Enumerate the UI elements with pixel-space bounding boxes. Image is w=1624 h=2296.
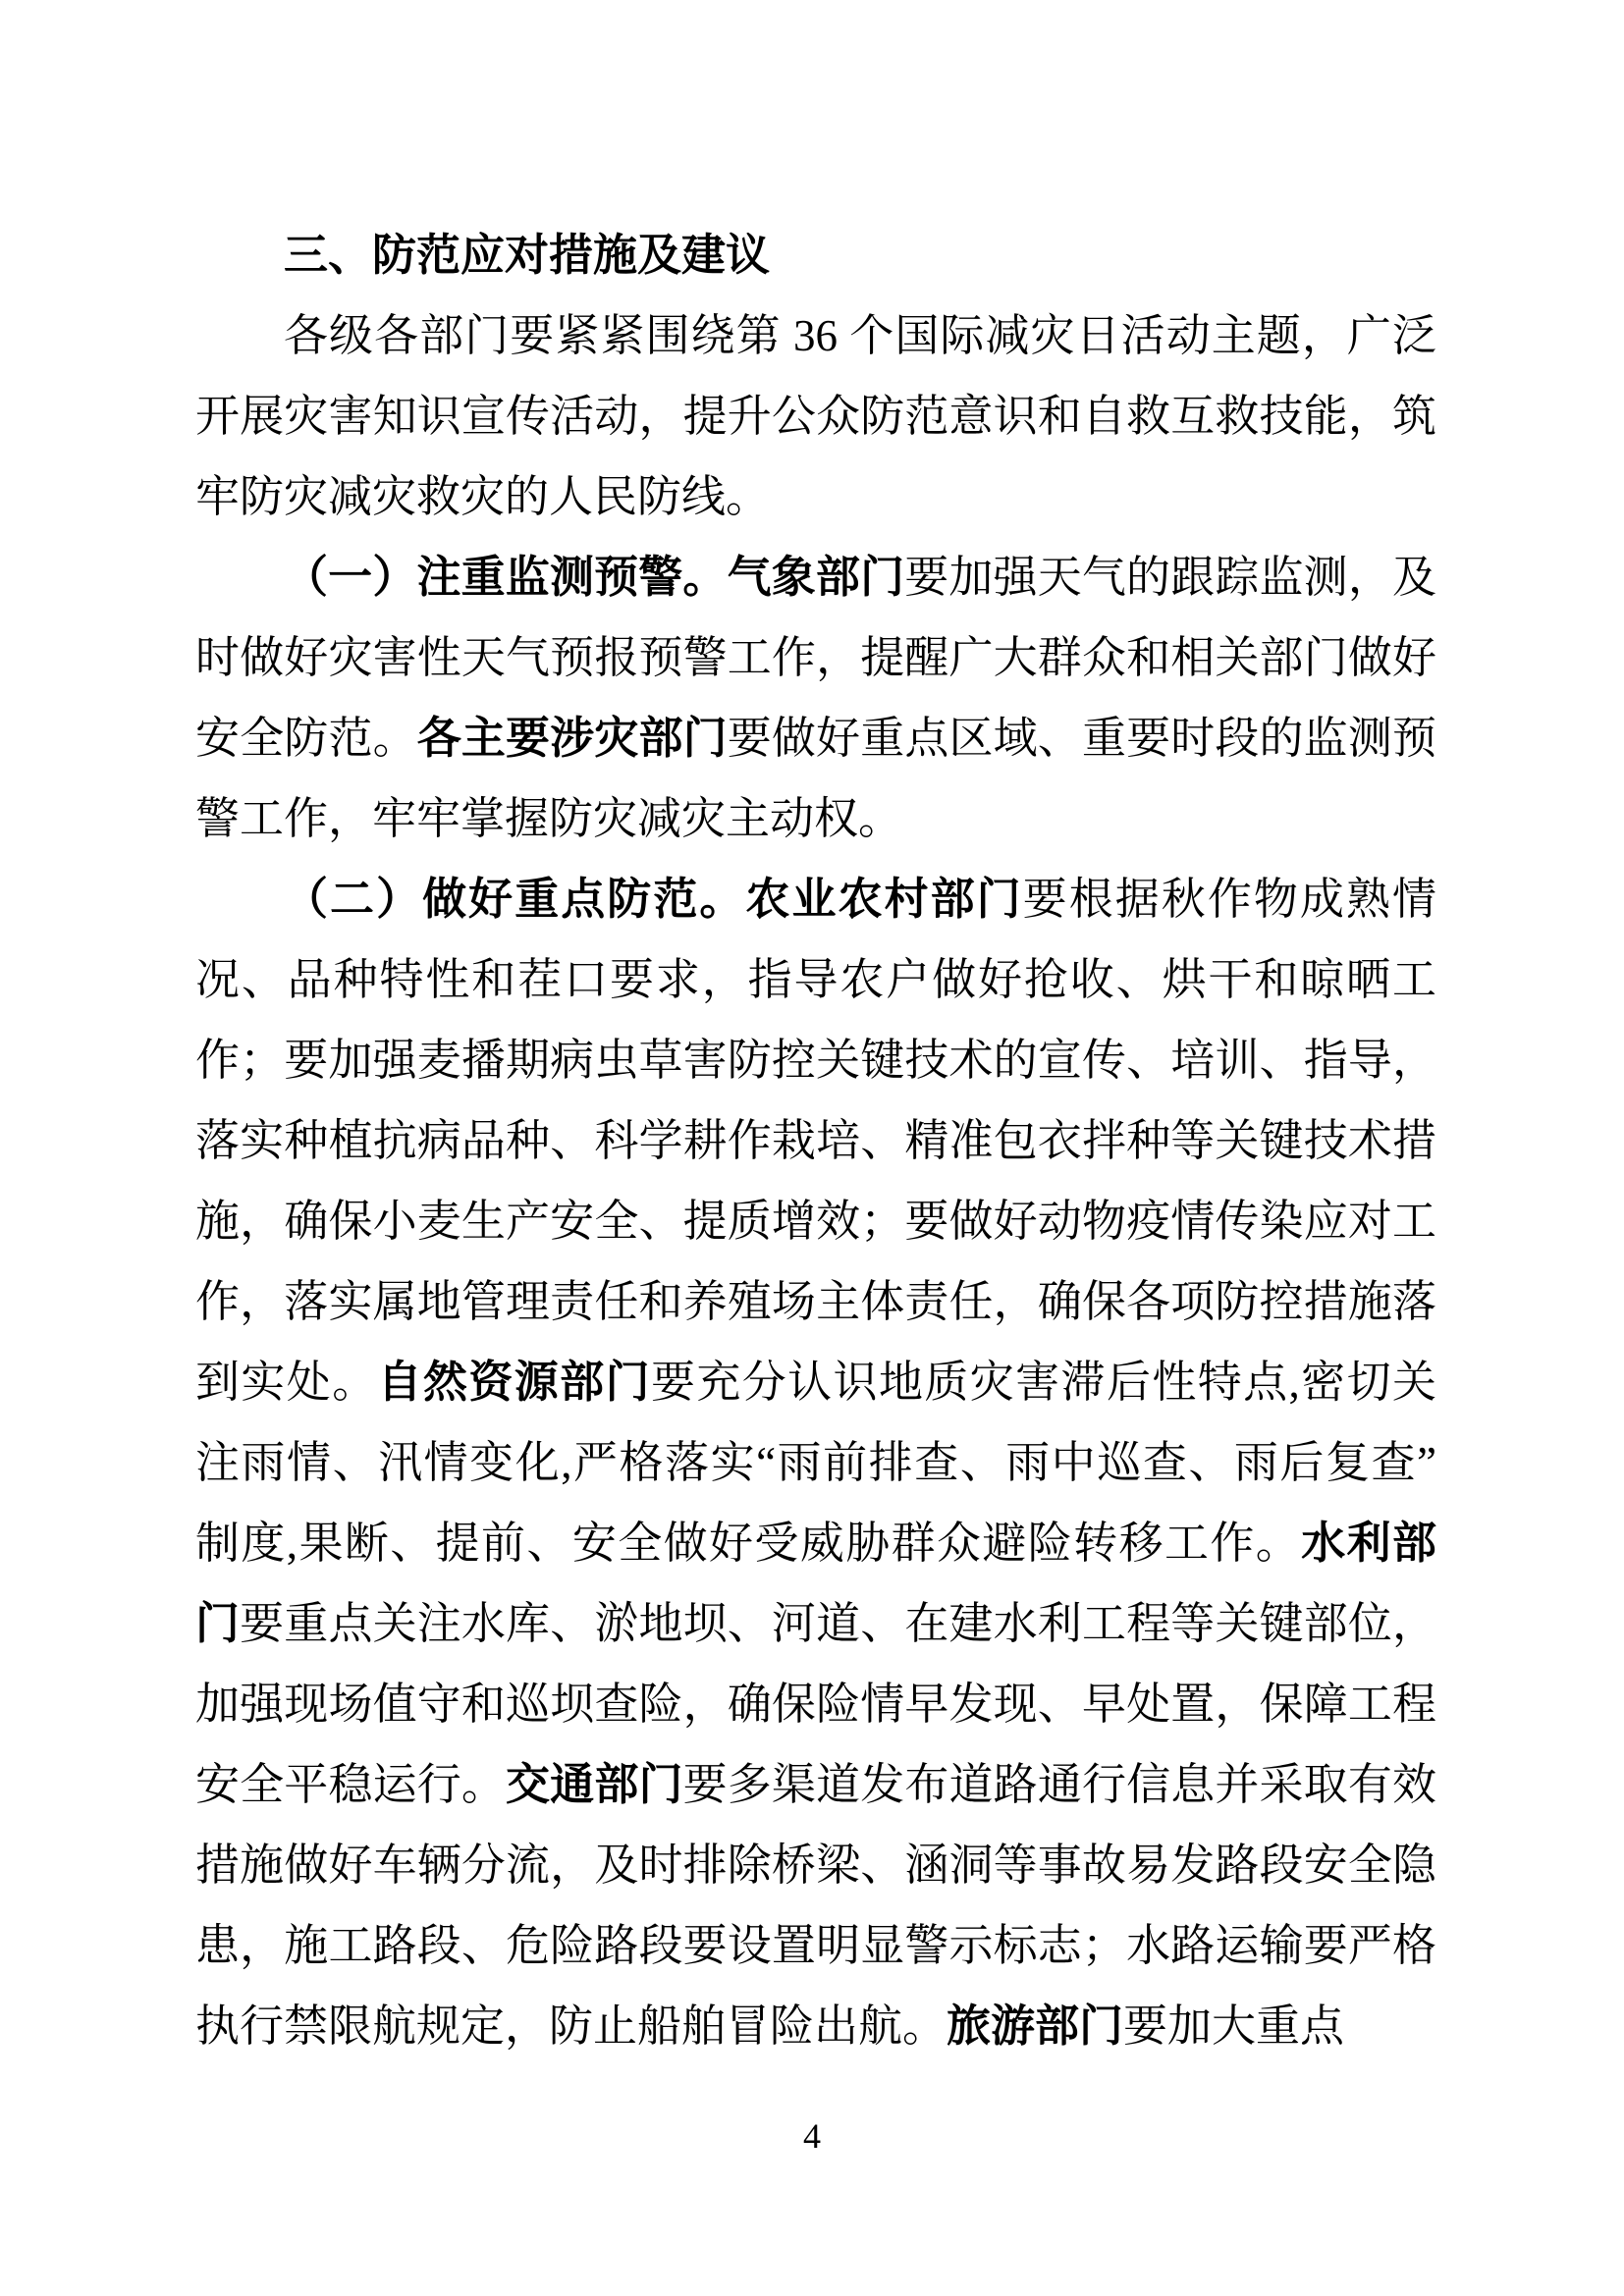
dept-name-disaster-depts: 各主要涉灾部门 [417,713,728,763]
text-run: 要根据秋作物成熟情况、品种特性和茬口要求，指导农户做好抢收、烘干和晾晒工作；要加… [195,875,1436,1407]
subheading-run-key-prevention: （二）做好重点防范。农业农村部门 [284,874,1023,924]
section-heading: 三、防范应对措施及建议 [195,215,1436,295]
dept-name-transport: 交通部门 [506,1759,683,1809]
paragraph-intro: 各级各部门要紧紧围绕第 36 个国际减灾日活动主题，广泛开展灾害知识宣传活动，提… [195,295,1436,537]
document-body: 三、防范应对措施及建议 各级各部门要紧紧围绕第 36 个国际减灾日活动主题，广泛… [195,215,1436,2066]
dept-name-tourism: 旅游部门 [947,2001,1123,2051]
dept-name-natural-resources: 自然资源部门 [378,1357,651,1407]
text-run: 要加大重点 [1123,2002,1344,2051]
page-number: 4 [0,2116,1624,2156]
subheading-run-monitoring: （一）注重监测预警。气象部门 [284,552,904,602]
paragraph-key-prevention: （二）做好重点防范。农业农村部门要根据秋作物成熟情况、品种特性和茬口要求，指导农… [195,859,1436,2066]
paragraph-monitoring-warning: （一）注重监测预警。气象部门要加强天气的跟踪监测，及时做好灾害性天气预报预警工作… [195,537,1436,859]
document-page: 三、防范应对措施及建议 各级各部门要紧紧围绕第 36 个国际减灾日活动主题，广泛… [0,0,1624,2296]
text-run: 各级各部门要紧紧围绕第 36 个国际减灾日活动主题，广泛开展灾害知识宣传活动，提… [195,311,1436,521]
